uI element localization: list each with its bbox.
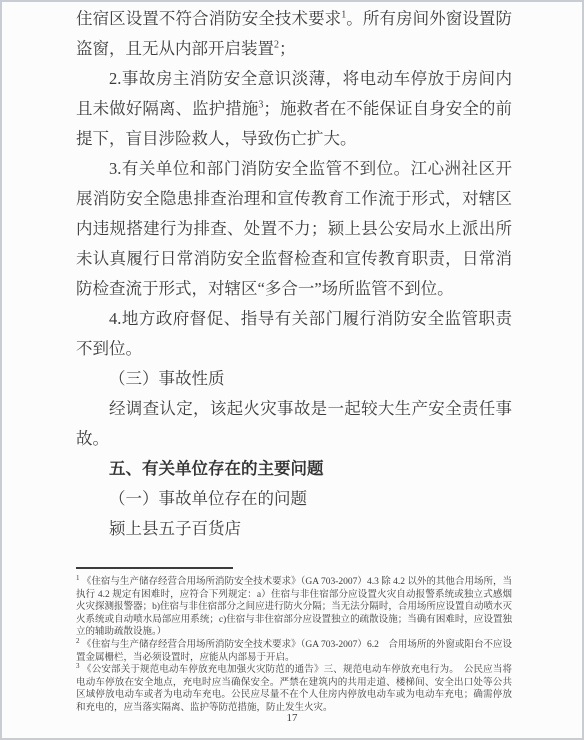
paragraph-3: 3.有关单位和部门消防安全监管不到位。江心洲社区开展消防安全隐患排查治理和宣传教… bbox=[76, 154, 512, 304]
document-body: 住宿区设置不符合消防安全技术要求1。所有房间外窗设置防盗窗，且无从内部开启装置2… bbox=[76, 4, 512, 544]
paragraph-conclusion: 经调查认定，该起火灾事故是一起较大生产安全责任事故。 bbox=[76, 394, 512, 454]
paragraph-2: 2.事故房主消防安全意识淡薄，将电动车停放于房间内且未做好隔离、监护措施3；施救… bbox=[76, 64, 512, 154]
footnote: 2 《住宿与生产储存经营合用场所消防安全技术要求》（GA 703-2007）6.… bbox=[76, 639, 512, 664]
footnote-divider bbox=[76, 567, 233, 569]
paragraph-4: 4.地方政府督促、指导有关部门履行消防安全监管职责不到位。 bbox=[76, 304, 512, 364]
footnote-marker: 2 bbox=[76, 637, 80, 645]
footnote: 3 《公安部关于规范电动车停放充电加强火灾防范的通告》三、规范电动车停放充电行为… bbox=[76, 664, 512, 714]
footnotes-section: 1 《住宿与生产储存经营合用场所消防安全技术要求》（GA 703-2007）4.… bbox=[76, 567, 512, 715]
document-page: 住宿区设置不符合消防安全技术要求1。所有房间外窗设置防盗窗，且无从内部开启装置2… bbox=[0, 0, 584, 740]
footnote-ref: 1 bbox=[341, 10, 346, 21]
subsection-heading-accident-nature: （三）事故性质 bbox=[76, 364, 512, 394]
page-number: 17 bbox=[2, 712, 582, 724]
footnote-list: 1 《住宿与生产储存经营合用场所消防安全技术要求》（GA 703-2007）4.… bbox=[76, 576, 512, 715]
footnote-ref: 2 bbox=[274, 40, 279, 51]
footnote-marker: 1 bbox=[76, 574, 80, 582]
footnote-ref: 3 bbox=[258, 100, 263, 111]
paragraph-unit-name: 颍上县五子百货店 bbox=[76, 514, 512, 544]
paragraph-continuation: 住宿区设置不符合消防安全技术要求1。所有房间外窗设置防盗窗，且无从内部开启装置2… bbox=[76, 4, 512, 64]
section-heading-main-problems: 五、有关单位存在的主要问题 bbox=[76, 454, 512, 484]
footnote-marker: 3 bbox=[76, 662, 80, 670]
footnote: 1 《住宿与生产储存经营合用场所消防安全技术要求》（GA 703-2007）4.… bbox=[76, 576, 512, 639]
subsection-heading-unit-problems: （一）事故单位存在的问题 bbox=[76, 484, 512, 514]
